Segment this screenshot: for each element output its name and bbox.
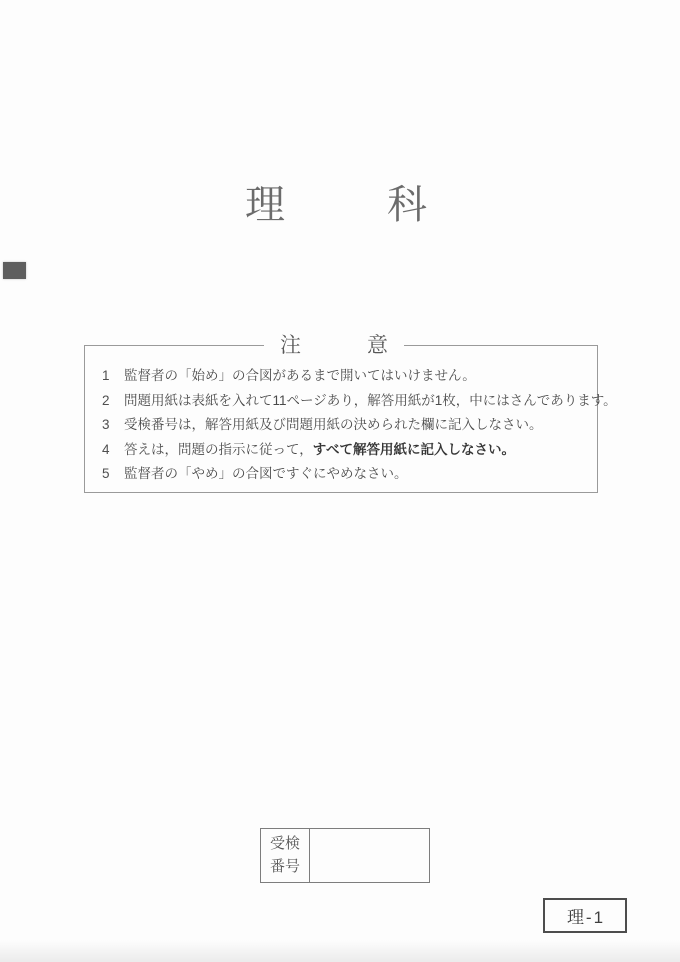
notice-item-text-normal: 答えは，問題の指示に従って， xyxy=(124,442,313,457)
notice-item-text: 受検番号は，解答用紙及び問題用紙の決められた欄に記入しなさい。 xyxy=(124,413,543,438)
examinee-number-box: 受検番号 xyxy=(260,828,430,883)
page-title-text: 理科 xyxy=(245,183,529,227)
scan-shadow xyxy=(0,940,680,962)
notice-item-number: 5 xyxy=(102,462,124,487)
notice-item-2: 2 問題用紙は表紙を入れて11ページあり，解答用紙が1枚，中にはさんであります。 xyxy=(85,389,597,414)
notice-item-text: 監督者の「やめ」の合図ですぐにやめなさい。 xyxy=(124,462,408,487)
notice-item-number: 4 xyxy=(102,438,124,463)
examinee-number-field xyxy=(310,829,429,882)
page-number-box: 理-1 xyxy=(543,898,627,933)
notice-item-number: 3 xyxy=(102,413,124,438)
notice-item-text: 監督者の「始め」の合図があるまで開いてはいけません。 xyxy=(124,364,476,389)
notice-item-number: 2 xyxy=(102,389,124,414)
notice-item-4: 4 答えは，問題の指示に従って，すべて解答用紙に記入しなさい。 xyxy=(85,438,597,463)
page-number-text: 理-1 xyxy=(567,903,605,928)
notice-item-number: 1 xyxy=(102,364,124,389)
notice-item-text: 問題用紙は表紙を入れて11ページあり，解答用紙が1枚，中にはさんであります。 xyxy=(124,389,617,414)
examinee-number-label: 受検番号 xyxy=(269,833,301,878)
notice-item-5: 5 監督者の「やめ」の合図ですぐにやめなさい。 xyxy=(85,462,597,487)
notice-item-text-bold: すべて解答用紙に記入しなさい。 xyxy=(313,442,515,457)
page-title: 理科 xyxy=(0,183,680,236)
notice-item-1: 1 監督者の「始め」の合図があるまで開いてはいけません。 xyxy=(85,364,597,389)
notice-box: 注意 1 監督者の「始め」の合図があるまで開いてはいけません。 2 問題用紙は表… xyxy=(84,345,598,493)
notice-item-text: 答えは，問題の指示に従って，すべて解答用紙に記入しなさい。 xyxy=(124,438,515,463)
notice-heading-text: 注意 xyxy=(280,334,454,357)
exam-cover-page: 理科 注意 1 監督者の「始め」の合図があるまで開いてはいけません。 2 問題用… xyxy=(0,0,680,962)
notice-item-3: 3 受検番号は，解答用紙及び問題用紙の決められた欄に記入しなさい。 xyxy=(85,413,597,438)
binding-mark xyxy=(3,262,26,279)
notice-list: 1 監督者の「始め」の合図があるまで開いてはいけません。 2 問題用紙は表紙を入… xyxy=(85,346,597,487)
notice-heading: 注意 xyxy=(264,333,404,361)
examinee-number-label-cell: 受検番号 xyxy=(261,829,310,882)
